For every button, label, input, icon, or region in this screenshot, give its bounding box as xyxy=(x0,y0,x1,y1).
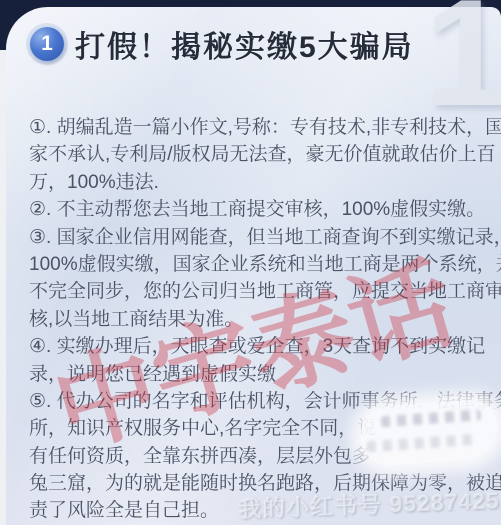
body-line: 家不承认,专利局/版权局无法查，豪无价值就敢估价上百 xyxy=(29,141,495,168)
content-card: 1 1 打假！揭秘实缴5大骗局 ①. 胡编乱造一篇小作文,号称：专有技术,非专利… xyxy=(6,7,501,525)
corner-number-watermark: 1 xyxy=(424,0,501,129)
body-line: ②. 不主动帮您去当地工商提交审核，100%虚假实缴。 xyxy=(29,196,495,223)
number-badge-icon: 1 xyxy=(30,27,64,61)
body-line: 100%虚假实缴，国家企业系统和当地工商是两个系统，并 xyxy=(29,251,495,278)
body-line: 核,以当地工商结果为准。 xyxy=(29,306,495,333)
body-line: ①. 胡编乱造一篇小作文,号称：专有技术,非专利技术，国 xyxy=(29,114,495,141)
page-title: 打假！揭秘实缴5大骗局 xyxy=(75,22,414,66)
body-line: ③. 国家企业信用网能查，但当地工商查询不到实缴记录， xyxy=(29,224,495,251)
body-line: 责了风险全是自己担。 xyxy=(29,497,495,524)
header: 1 打假！揭秘实缴5大骗局 xyxy=(30,22,414,66)
body-line: 不完全同步，您的公司归当地工商管，应提交当地工商审 xyxy=(29,278,495,305)
censor-smudge xyxy=(366,434,478,453)
body-line: 录，说明您已经遇到虚假实缴 xyxy=(29,361,495,388)
body-line: 兔三窟，为的就是能随时换名跑路，后期保障为零，被追 xyxy=(29,470,495,497)
badge-number: 1 xyxy=(41,32,53,56)
body-line: 万，100%违法. xyxy=(29,169,495,196)
poster-image: 1 1 打假！揭秘实缴5大骗局 ①. 胡编乱造一篇小作文,号称：专有技术,非专利… xyxy=(0,0,501,525)
body-line: ④. 实缴办理后，天眼查或爱企查，3天查询不到实缴记 xyxy=(29,333,495,360)
censor-smudge xyxy=(381,409,482,427)
